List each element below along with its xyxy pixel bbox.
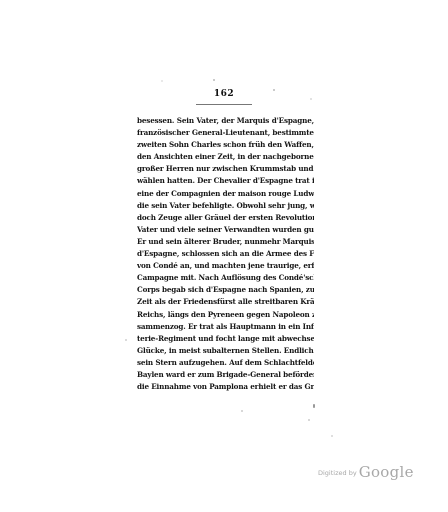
text-line: großer Herren nur zwischen Krummstab und… <box>137 163 314 175</box>
scan-speck <box>310 98 312 100</box>
header-rule <box>196 104 252 105</box>
text-line: eine der Compagnien der maison rouge Lud… <box>137 188 314 200</box>
text-line: besessen. Sein Vater, der Marquis d'Espa… <box>137 115 314 127</box>
scan-speck <box>213 79 215 81</box>
watermark-brand: Google <box>359 463 414 481</box>
body-text: besessen. Sein Vater, der Marquis d'Espa… <box>137 115 314 393</box>
text-line: Reichs, längs den Pyreneen gegen Napoleo… <box>137 309 314 321</box>
digitized-by-google-watermark: Digitized byGoogle <box>318 462 414 481</box>
scan-speck <box>125 339 127 341</box>
text-line: Glücke, in meist subalternen Stellen. En… <box>137 345 314 357</box>
page-number: 162 <box>0 89 448 99</box>
scan-speck <box>273 89 275 91</box>
watermark-prefix: Digitized by <box>318 469 357 477</box>
text-line: Corps begab sich d'Espagne nach Spanien,… <box>137 284 314 296</box>
text-line: die sein Vater befehligte. Obwohl sehr j… <box>137 200 314 212</box>
text-line: die Einnahme von Pamplona erhielt er das… <box>137 381 314 393</box>
text-line: Vater und viele seiner Verwandten wurden… <box>137 224 314 236</box>
text-line: den Ansichten einer Zeit, in der nachgeb… <box>137 151 314 163</box>
text-line: d'Espagne, schlossen sich an die Armee d… <box>137 248 314 260</box>
text-line: Er und sein älterer Bruder, nunmehr Marq… <box>137 236 314 248</box>
scan-speck <box>308 419 310 421</box>
scan-speck <box>161 80 163 82</box>
text-line: Zeit als der Friedensfürst alle streitba… <box>137 296 314 308</box>
text-line: zweiten Sohn Charles schon früh den Waff… <box>137 139 314 151</box>
text-line: terie-Regiment und focht lange mit abwec… <box>137 333 314 345</box>
text-line: von Condé an, und machten jene traurige,… <box>137 260 314 272</box>
scan-speck <box>241 410 243 412</box>
text-line: doch Zeuge aller Gräuel der ersten Revol… <box>137 212 314 224</box>
text-line: französischer General-Lieutenant, bestim… <box>137 127 314 139</box>
text-line: Campagne mit. Nach Auflösung des Condé's… <box>137 272 314 284</box>
text-line: sammenzog. Er trat als Hauptmann in ein … <box>137 321 314 333</box>
book-page: 162 besessen. Sein Vater, der Marquis d'… <box>0 0 448 512</box>
scan-speck <box>331 435 333 437</box>
text-line: wählen hatten. Der Chevalier d'Espagne t… <box>137 175 314 187</box>
text-line: Baylen ward er zum Brigade-General beför… <box>137 369 314 381</box>
text-line: sein Stern aufzugehen. Auf dem Schlachtf… <box>137 357 314 369</box>
scan-speck <box>313 404 315 408</box>
